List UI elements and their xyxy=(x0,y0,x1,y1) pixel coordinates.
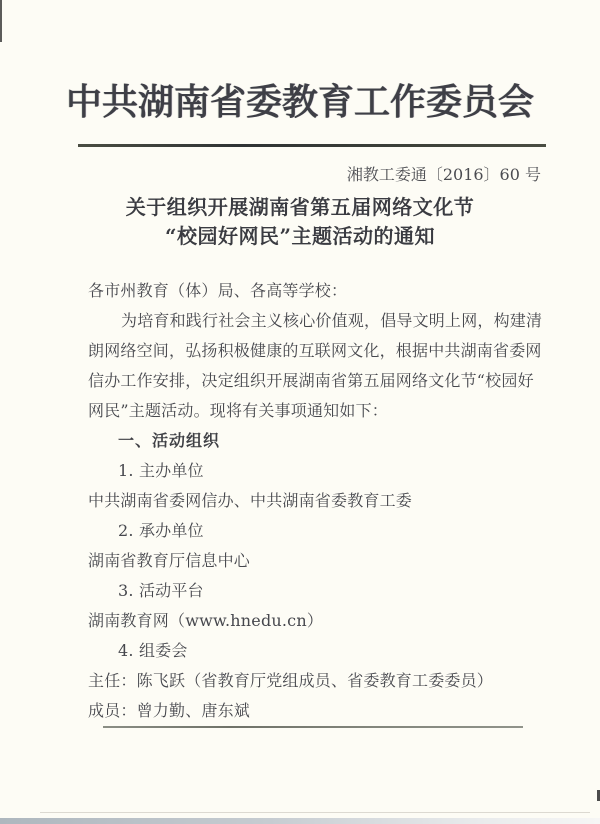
organizer-list: 1. 主办单位中共湖南省委网信办、中共湖南省委教育工委2. 承办单位湖南省教育厅… xyxy=(88,456,528,726)
letterhead-title: 中共湖南省委教育工作委员会 xyxy=(0,74,600,125)
intro-line: 朗网络空间，弘扬积极健康的互联网文化，根据中共湖南省委网 xyxy=(88,336,528,366)
list-item-content: 湖南教育网（www.hnedu.cn） xyxy=(88,606,528,636)
list-item-content: 主任：陈飞跃（省教育厅党组成员、省委教育工委委员） xyxy=(88,666,528,696)
intro-line: 为培育和践行社会主义核心价值观，倡导文明上网，构建清 xyxy=(88,306,528,336)
intro-line: 信办工作安排，决定组织开展湖南省第五届网络文化节“校园好 xyxy=(88,366,528,396)
notice-title-line2: “校园好网民”主题活动的通知 xyxy=(0,222,600,251)
notice-title: 关于组织开展湖南省第五届网络文化节 “校园好网民”主题活动的通知 xyxy=(0,193,600,251)
list-item-content: 中共湖南省委网信办、中共湖南省委教育工委 xyxy=(88,486,528,516)
scan-page-edge-shadow xyxy=(40,812,590,813)
list-item-content: 湖南省教育厅信息中心 xyxy=(88,546,528,576)
intro-paragraph: 为培育和践行社会主义核心价值观，倡导文明上网，构建清朗网络空间，弘扬积极健康的互… xyxy=(88,306,528,426)
scan-edge-artifact-left xyxy=(0,0,2,42)
list-item-label: 3. 活动平台 xyxy=(88,576,528,606)
letterhead-rule xyxy=(78,144,546,147)
footer-rule xyxy=(103,726,523,728)
doc-number: 湘教工委通〔2016〕60 号 xyxy=(0,162,541,185)
salutation: 各市州教育（体）局、各高等学校： xyxy=(88,276,528,306)
scanned-notice-page: 中共湖南省委教育工作委员会 湘教工委通〔2016〕60 号 关于组织开展湖南省第… xyxy=(0,0,600,824)
section-heading: 一、活动组织 xyxy=(88,426,528,456)
list-item-content: 成员：曾力勤、唐东斌 xyxy=(88,696,528,726)
list-item-label: 4. 组委会 xyxy=(88,636,528,666)
notice-title-line1: 关于组织开展湖南省第五届网络文化节 xyxy=(0,193,600,222)
intro-line: 网民”主题活动。现将有关事项通知如下： xyxy=(88,396,528,426)
notice-body: 各市州教育（体）局、各高等学校： 为培育和践行社会主义核心价值观，倡导文明上网，… xyxy=(88,276,528,726)
scan-bottom-edge xyxy=(0,818,600,824)
list-item-label: 2. 承办单位 xyxy=(88,516,528,546)
list-item-label: 1. 主办单位 xyxy=(88,456,528,486)
